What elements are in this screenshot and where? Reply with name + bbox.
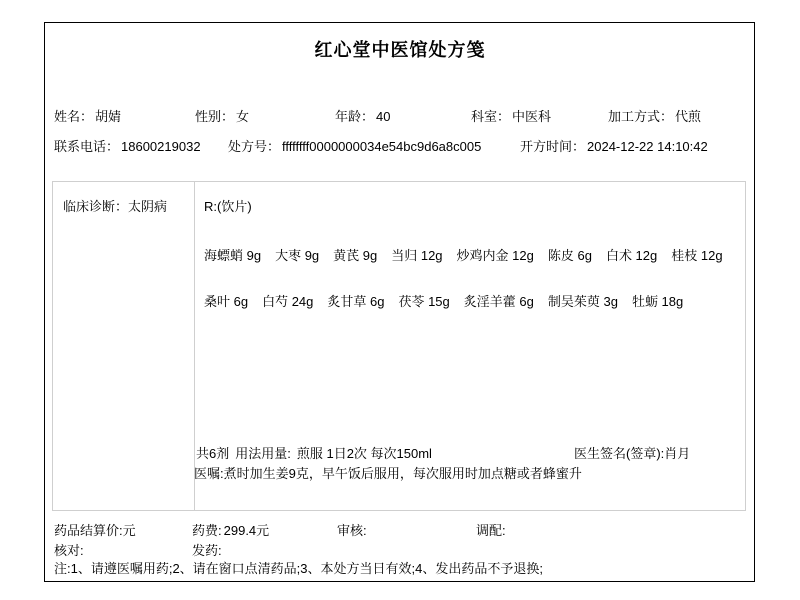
doctor-signature-field: 医生签名(签章):肖月 bbox=[574, 443, 690, 462]
patient-gender-value: 女 bbox=[236, 109, 249, 124]
usage-value: 煎服 1日2次 每次150ml bbox=[297, 446, 432, 461]
prescription-number-label: 处方号： bbox=[228, 139, 280, 154]
patient-name-label: 姓名： bbox=[54, 109, 93, 124]
herb-line: 桑叶 6g白芍 24g炙甘草 6g茯苓 15g炙淫羊藿 6g制吴茱萸 3g牡蛎 … bbox=[204, 291, 697, 310]
diagnosis-value: 太阴病 bbox=[128, 199, 167, 214]
patient-age-label: 年龄： bbox=[335, 109, 374, 124]
herb-item: 桂枝 12g bbox=[671, 248, 722, 263]
medicine-fee-field: 药费:299.4元 bbox=[192, 520, 269, 539]
patient-age-value: 40 bbox=[376, 109, 390, 124]
prescription-number-value: ffffffff0000000034e54bc9d6a8c005 bbox=[282, 139, 481, 154]
doctor-signature-label: 医生签名(签章): bbox=[574, 446, 664, 461]
herb-item: 制吴茱萸 3g bbox=[548, 294, 618, 309]
department-value: 中医科 bbox=[512, 109, 551, 124]
herb-item: 当归 12g bbox=[391, 248, 442, 263]
herb-item: 海螵蛸 9g bbox=[204, 248, 261, 263]
diagnosis-label: 临床诊断： bbox=[63, 199, 128, 214]
herb-line: 海螵蛸 9g大枣 9g黄芪 9g当归 12g炒鸡内金 12g陈皮 6g白术 12… bbox=[204, 245, 737, 264]
medicine-fee-label: 药费: bbox=[192, 523, 222, 538]
issue-label: 发药: bbox=[192, 543, 222, 558]
rx-header: R:(饮片) bbox=[204, 196, 252, 215]
medicine-fee-value: 299.4元 bbox=[224, 523, 270, 538]
prescription-number-field: 处方号：ffffffff0000000034e54bc9d6a8c005 bbox=[228, 136, 481, 155]
prescription-time-value: 2024-12-22 14:10:42 bbox=[587, 139, 708, 154]
total-doses: 共6剂 bbox=[196, 446, 229, 461]
check-label: 核对: bbox=[54, 543, 84, 558]
phone-field: 联系电话：18600219032 bbox=[54, 136, 201, 155]
patient-name-field: 姓名：胡婧 bbox=[54, 106, 121, 125]
prescription-page: 红心堂中医馆处方笺 姓名：胡婧 性别：女 年龄：40 科室：中医科 加工方式：代… bbox=[0, 0, 800, 600]
phone-label: 联系电话： bbox=[54, 139, 119, 154]
settlement-price-field: 药品结算价:元 bbox=[54, 520, 136, 539]
herb-item: 炙淫羊藿 6g bbox=[464, 294, 534, 309]
herb-item: 茯苓 15g bbox=[398, 294, 449, 309]
dispense-prep-label: 调配: bbox=[476, 523, 506, 538]
review-label: 审核: bbox=[337, 523, 367, 538]
prescription-time-label: 开方时间： bbox=[520, 139, 585, 154]
herb-item: 桑叶 6g bbox=[204, 294, 248, 309]
issue-field: 发药: bbox=[192, 540, 224, 559]
herb-item: 黄芪 9g bbox=[333, 248, 377, 263]
herb-item: 牡蛎 18g bbox=[632, 294, 683, 309]
check-field: 核对: bbox=[54, 540, 86, 559]
herb-item: 陈皮 6g bbox=[548, 248, 592, 263]
herb-item: 炙甘草 6g bbox=[327, 294, 384, 309]
patient-name-value: 胡婧 bbox=[95, 109, 121, 124]
diagnosis-field: 临床诊断：太阴病 bbox=[63, 196, 167, 215]
medical-advice-value: 煮时加生姜9克，早午饭后服用，每次服用时加点糖或者蜂蜜升 bbox=[224, 466, 582, 481]
department-label: 科室： bbox=[471, 109, 510, 124]
herb-item: 大枣 9g bbox=[275, 248, 319, 263]
patient-age-field: 年龄：40 bbox=[335, 106, 390, 125]
usage-label: 用法用量: bbox=[235, 446, 291, 461]
page-title: 红心堂中医馆处方笺 bbox=[44, 36, 756, 62]
medical-advice-label: 医嘱: bbox=[194, 466, 224, 481]
phone-value: 18600219032 bbox=[121, 139, 201, 154]
diagnosis-divider bbox=[194, 182, 195, 510]
footer-note: 注:1、请遵医嘱用药;2、请在窗口点清药品;3、本处方当日有效;4、发出药品不予… bbox=[54, 558, 543, 577]
herb-item: 白芍 24g bbox=[262, 294, 313, 309]
patient-gender-field: 性别：女 bbox=[195, 106, 249, 125]
doctor-signature-value: 肖月 bbox=[664, 446, 690, 461]
processing-method-field: 加工方式：代煎 bbox=[608, 106, 701, 125]
processing-method-value: 代煎 bbox=[675, 109, 701, 124]
settlement-price-label: 药品结算价: bbox=[54, 523, 123, 538]
settlement-price-value: 元 bbox=[123, 523, 136, 538]
prescription-time-field: 开方时间：2024-12-22 14:10:42 bbox=[520, 136, 708, 155]
usage-line: 共6剂用法用量:煎服 1日2次 每次150ml bbox=[196, 443, 432, 462]
patient-gender-label: 性别： bbox=[195, 109, 234, 124]
department-field: 科室：中医科 bbox=[471, 106, 551, 125]
review-field: 审核: bbox=[337, 520, 369, 539]
herb-item: 炒鸡内金 12g bbox=[457, 248, 534, 263]
dispense-prep-field: 调配: bbox=[476, 520, 508, 539]
prescription-box: 临床诊断：太阴病 R:(饮片) 海螵蛸 9g大枣 9g黄芪 9g当归 12g炒鸡… bbox=[52, 181, 746, 511]
herb-item: 白术 12g bbox=[606, 248, 657, 263]
processing-method-label: 加工方式： bbox=[608, 109, 673, 124]
medical-advice-field: 医嘱:煮时加生姜9克，早午饭后服用，每次服用时加点糖或者蜂蜜升 bbox=[194, 463, 582, 482]
